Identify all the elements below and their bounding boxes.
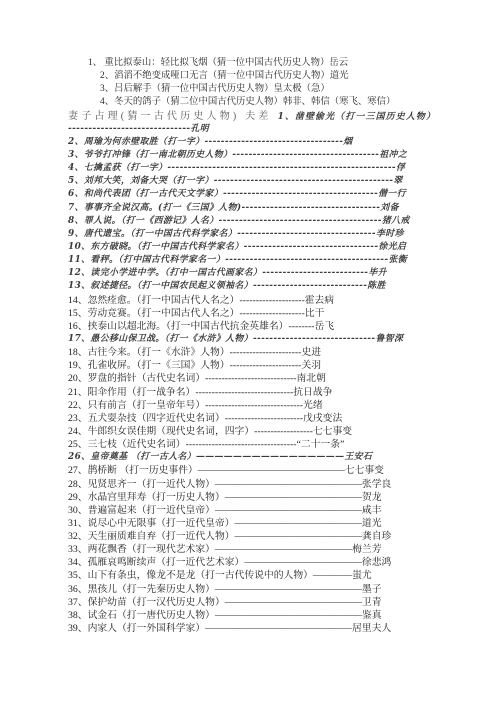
riddle-answer: 毕升: [368, 268, 387, 278]
dash-fill: ———————————————: [215, 584, 362, 595]
riddle-clue: 15、劳动竞赛。（打一中国古代人名之）: [68, 308, 239, 319]
riddle-answer: 梅兰芳: [352, 544, 381, 555]
riddle-item: 12、读完小学进中学。（打中一国古代画家名）------------------…: [68, 267, 488, 280]
riddle-item: 8、罪人说。（打一《西游记》人名）-----------------------…: [68, 215, 488, 228]
dash-fill: --------: [288, 321, 314, 332]
riddle-clue: 18、古往今来。（打一《水浒》人物）: [68, 347, 230, 358]
riddle-answer: 徐悲鸿: [362, 557, 391, 568]
riddle-item: 18、古往今来。（打一《水浒》人物）----------------------…: [68, 346, 488, 359]
riddle-clue: 25、三七枝（近代史名词）: [68, 439, 186, 450]
riddle-clue: 14、忽然痊愈。（打一中国古代人名之）: [68, 295, 239, 306]
section-heading: 妻子占理(猜一古代历史人物) 夫差 1、凿壁偷光（打一三国历史人物）: [68, 110, 488, 123]
riddle-item: 23、五犬耍杂技（四字近代史名词）-----------------------…: [68, 412, 488, 425]
riddle-clue: 13、叙述捷径。（打一中国农民起义领袖名）: [68, 281, 253, 291]
dash-fill: ————————————: [244, 557, 362, 568]
riddle-answer: 王安石: [344, 452, 372, 462]
riddle-item: 3、爷爷打冲锋（打一南北朝历史人物）----------------------…: [68, 149, 488, 162]
dash-fill: ------------------------------: [253, 334, 376, 344]
riddle-item: 16、挟泰山以超北海。（打一中国古代抗金英雄名）--------岳飞: [68, 320, 488, 333]
dash-fill: ----------------------------------------: [225, 255, 388, 265]
riddle-answer: 七七事变: [345, 465, 384, 476]
riddle-clue: 34、孤雁哀鸣断续声（打一近代艺术家）: [68, 557, 244, 568]
dash-fill: ----------------------------------: [241, 203, 380, 213]
dash-fill: ——————————————: [225, 492, 362, 503]
riddle-answer: 张学良: [362, 479, 391, 490]
riddle-clue: 37、保护幼苗（打一汉代历史人物）: [68, 597, 225, 608]
riddle-answer: 鉴真: [362, 610, 382, 621]
dash-fill: ————————————————: [196, 452, 344, 462]
riddle-clue: 11、看秤。（打中国古代科学家名一）: [68, 255, 225, 265]
document-page: 1、 重比拟泰山：轻比拟飞烟（猜一位中国古代历史人物）岳云2、滔滔不绝变成哑口无…: [0, 0, 500, 708]
riddle-clue: 28、见贤思齐一（打一近代人物）: [68, 479, 215, 490]
riddle-item: 28、见贤思齐一（打一近代人物）———————————————张学良: [68, 478, 488, 491]
riddle-answer: 抗日战争: [293, 387, 332, 398]
intro-line: 4、冬天的鸽子（猜二位中国古代历史人物）韩非、韩信（寒飞、寒信）: [100, 96, 488, 109]
dash-fill: --------------------: [239, 295, 304, 306]
riddle-answer: 咸丰: [362, 505, 382, 516]
riddle-clue: 5、刘邦大笑，刘备大哭（打一字）: [68, 176, 214, 186]
riddle-item: 20、罗盘的指针（古代史名词）-------------------------…: [68, 372, 488, 385]
dash-fill: ----------------------: [230, 347, 302, 358]
riddle-answer: 戊戌变法: [303, 413, 342, 424]
dash-fill: ----------------------------: [253, 281, 367, 291]
riddle-clue: 20、罗盘的指针（古代史名词）: [68, 373, 205, 384]
dash-fill: ----------------------: [230, 360, 302, 371]
dash-fill: ----------------------------------------: [219, 216, 382, 226]
intro-line: 1、 重比拟泰山：轻比拟飞烟（猜一位中国古代历史人物）岳云: [88, 57, 488, 70]
riddle-item: 14、忽然痊愈。（打一中国古代人名之）--------------------霍…: [68, 294, 488, 307]
riddle-clue: 4、七擒孟获（打一字）: [68, 163, 167, 173]
riddle-clue: 19、孔雀收屏。（打一《三国》人物）: [68, 360, 230, 371]
dash-fill: ----------------------------------------…: [167, 163, 396, 173]
riddle-clue: 17、愚公移山保卫战。（打一《水浒》人物）: [68, 334, 253, 344]
riddle-answer: 南北朝: [297, 373, 326, 384]
dash-fill: ————: [313, 570, 352, 581]
riddle-clue: 38、试金石（打一唐代历史人物）: [68, 610, 215, 621]
riddle-item: 15、劳动竞赛。（打一中国古代人名之）--------------------比…: [68, 307, 488, 320]
riddle-item: 34、孤雁哀鸣断续声（打一近代艺术家）————————————徐悲鸿: [68, 556, 488, 569]
riddle-clue: 8、罪人说。（打一《西游记》人名）: [68, 216, 219, 226]
riddle-answer: 刘备: [380, 203, 399, 213]
riddle-clue: 39、内家人（打一外国科学家）: [68, 623, 205, 634]
heading-riddle-text: 1、凿壁偷光（打一三国历史人物）: [278, 111, 437, 123]
riddle-answer: 猪八戒: [382, 216, 410, 226]
riddle-answer: 卫青: [362, 597, 382, 608]
riddle-clue: 35、山下有条虫，像龙不是龙（打一古代传说中的人物）: [68, 570, 313, 581]
riddle-item: 22、只有前言（打一皇帝年号）-------------------------…: [68, 399, 488, 412]
riddle-answer: 墨子: [362, 584, 382, 595]
riddle-item: 21、阳伞作用（打一战争名）--------------------------…: [68, 386, 488, 399]
intro-line: 2、滔滔不绝变成哑口无言（猜一位中国古代历史人物）道光: [100, 70, 488, 83]
dash-fill: ------------------------------: [68, 124, 191, 134]
riddle-item: 25、三七枝（近代史名词）---------------------------…: [68, 438, 488, 451]
riddle-answer: 关羽: [301, 360, 321, 371]
riddle-item: 27、鹊桥断 （打一历史事件）———————————————七七事变: [68, 464, 488, 477]
riddle-answer: 祖冲之: [379, 150, 407, 160]
riddle-item: 6、和尚代表团（打一古代天文学家）-----------------------…: [68, 188, 488, 201]
riddle-clue: 23、五犬耍杂技（四字近代史名词）: [68, 413, 225, 424]
riddle-clue: 29、水晶宫里拜寿（打一历史人物）: [68, 492, 225, 503]
dash-fill: ——————————————: [225, 597, 362, 608]
dash-fill: —————————————: [235, 531, 362, 542]
riddle-clue: 30、普遍富起来（打一近代皇帝）: [68, 505, 215, 516]
intro-line: 3、吕后解手（猜一位中国古代历史人物）皇太极（急）: [100, 83, 488, 96]
dash-fill: ----------------------------------: [237, 229, 376, 239]
riddle-clue: 27、鹊桥断 （打一历史事件）: [68, 465, 198, 476]
riddle-answer: 龚自珍: [362, 531, 391, 542]
riddle-item: 10、东方破晓。（打一中国古代科学家名）--------------------…: [68, 241, 488, 254]
intro-section: 1、 重比拟泰山：轻比拟飞烟（猜一位中国古代历史人物）岳云2、滔滔不绝变成哑口无…: [68, 57, 488, 110]
riddle-item: 9、唐代遗宝。（打一中国古代科学家名）---------------------…: [68, 228, 488, 241]
riddle-item: 11、看秤。（打中国古代科学家名一）----------------------…: [68, 254, 488, 267]
dash-fill: ----------------------------------: [204, 137, 343, 147]
riddle-answer: 霍去病: [305, 295, 334, 306]
riddle-answer: 翠: [393, 176, 402, 186]
riddle-item: 4、七擒孟获（打一字）-----------------------------…: [68, 162, 488, 175]
riddle-item: 17、愚公移山保卫战。（打一《水浒》人物）-------------------…: [68, 333, 488, 346]
riddle-clue: 31、说尽心中无限事（打一近代皇帝）: [68, 518, 235, 529]
riddle-answer: 徐光启: [378, 242, 406, 252]
dash-fill: ------------------------------: [205, 400, 303, 411]
riddle-answer: 鲁智深: [375, 334, 403, 344]
riddle-answer: 比干: [305, 308, 325, 319]
riddle-clue: 7、事事齐全说汉高。(打一《三国》人物): [68, 203, 241, 213]
riddle-item: 2、周瑜为何赤壁取胜（打一字）-------------------------…: [68, 136, 488, 149]
dash-fill: ———————————————: [205, 623, 352, 634]
riddle-item: 29、水晶宫里拜寿（打一历史人物）——————————————贺龙: [68, 491, 488, 504]
riddle-item: 13、叙述捷径。（打一中国农民起义领袖名）-------------------…: [68, 280, 488, 293]
riddle-clue: 22、只有前言（打一皇帝年号）: [68, 400, 205, 411]
riddle-answer: 俘: [396, 163, 405, 173]
riddle-item: 36、黑孩儿（打一先秦历史人物）———————————————墨子: [68, 583, 488, 596]
riddle-clue: 6、和尚代表团（打一古代天文学家）: [68, 189, 223, 199]
riddle-answer: 蚩尤: [352, 570, 372, 581]
dash-fill: ---------------------------------: [244, 242, 379, 252]
riddle-clue: 36、黑孩儿（打一先秦历史人物）: [68, 584, 215, 595]
riddle-answer: 陈胜: [367, 281, 386, 291]
riddle-answer: 张衡: [388, 255, 407, 265]
dash-fill: ----------------------------------: [186, 439, 297, 450]
riddle-item: 24、牛郎织女误佳期（现代史名词，四字）------------------七七…: [68, 425, 488, 438]
riddle-clue: 32、天生丽质难自弃（打一近代人物）: [68, 531, 235, 542]
dash-fill: ------------------------------------: [232, 150, 379, 160]
dash-fill: ———————————————: [215, 479, 362, 490]
dash-fill: ------------------------: [225, 413, 303, 424]
dash-fill: ———————————————: [215, 610, 362, 621]
riddle-answer: 李时珍: [376, 229, 404, 239]
dash-fill: --------------------: [239, 308, 304, 319]
riddle-item: 7、事事齐全说汉高。(打一《三国》人物)--------------------…: [68, 202, 488, 215]
riddle-clue: 24、牛郎织女误佳期（现代史名词，四字）: [68, 426, 254, 437]
riddle-answer: 居里夫人: [352, 623, 391, 634]
riddle-item: 31、说尽心中无限事（打一近代皇帝）—————————————道光: [68, 517, 488, 530]
riddle-clue: 2、周瑜为何赤壁取胜（打一字）: [68, 137, 204, 147]
riddle-clue: 26、皇帝奠基 （打一古人名）: [68, 452, 196, 462]
riddle-answer: 道光: [362, 518, 382, 529]
riddle-answer: 烟: [343, 137, 352, 147]
riddle-clue: 10、东方破晓。（打一中国古代科学家名）: [68, 242, 244, 252]
riddle-answer: 僧一行: [378, 189, 406, 199]
riddle-item: 33、两花飘香（打一现代艺术家）——————————————梅兰芳: [68, 543, 488, 556]
dash-fill: --------------------------------------: [223, 189, 378, 199]
riddle-item: 37、保护幼苗（打一汉代历史人物）——————————————卫青: [68, 596, 488, 609]
dash-fill: --------------------------: [262, 268, 368, 278]
riddle-item: 26、皇帝奠基 （打一古人名）————————————————王安石: [68, 451, 488, 464]
riddle-item: 32、天生丽质难自弃（打一近代人物）—————————————龚自珍: [68, 530, 488, 543]
dash-fill: ———————————————: [198, 465, 345, 476]
riddle-answer: 史进: [301, 347, 321, 358]
dash-fill: —————————————: [235, 518, 362, 529]
dash-fill: ----------------------------------------…: [214, 176, 394, 186]
riddle-answer: 岳飞: [315, 321, 335, 332]
riddle-item: 38、试金石（打一唐代历史人物）———————————————鉴真: [68, 609, 488, 622]
dash-fill: ——————————————: [215, 544, 352, 555]
riddle-answer: “二十一条”: [297, 439, 345, 450]
riddle-clue: 12、读完小学进中学。（打中一国古代画家名）: [68, 268, 262, 278]
riddle-item: 39、内家人（打一外国科学家）———————————————居里夫人: [68, 622, 488, 635]
dash-fill: ------------------: [254, 426, 313, 437]
riddle-item: 30、普遍富起来（打一近代皇帝）———————————————咸丰: [68, 504, 488, 517]
dash-fill: ----------------------------: [205, 373, 296, 384]
riddle-item: 5、刘邦大笑，刘备大哭（打一字）------------------------…: [68, 175, 488, 188]
riddle-clue: 33、两花飘香（打一现代艺术家）: [68, 544, 215, 555]
riddle-item: 35、山下有条虫，像龙不是龙（打一古代传说中的人物）————蚩尤: [68, 569, 488, 582]
riddle-clue: 9、唐代遗宝。（打一中国古代科学家名）: [68, 229, 237, 239]
riddle-list: 2、周瑜为何赤壁取胜（打一字）-------------------------…: [68, 136, 488, 635]
riddle-answer: 七七事变: [313, 426, 352, 437]
riddle-clue: 3、爷爷打冲锋（打一南北朝历史人物）: [68, 150, 232, 160]
riddle-clue: 21、阳伞作用（打一战争名）: [68, 387, 195, 398]
heading-left-text: 妻子占理(猜一古代历史人物) 夫差: [68, 110, 272, 123]
dash-fill: ———————————————: [215, 505, 362, 516]
dash-fill: ------------------------------: [195, 387, 293, 398]
riddle-clue: 16、挟泰山以超北海。（打一中国古代抗金英雄名）: [68, 321, 288, 332]
riddle-item: 19、孔雀收屏。（打一《三国》人物）----------------------…: [68, 359, 488, 372]
heading-answer-line: ------------------------------孔明: [68, 123, 488, 136]
heading-answer-text: 孔明: [191, 124, 210, 134]
riddle-answer: 光绪: [303, 400, 323, 411]
riddle-answer: 贺龙: [362, 492, 382, 503]
